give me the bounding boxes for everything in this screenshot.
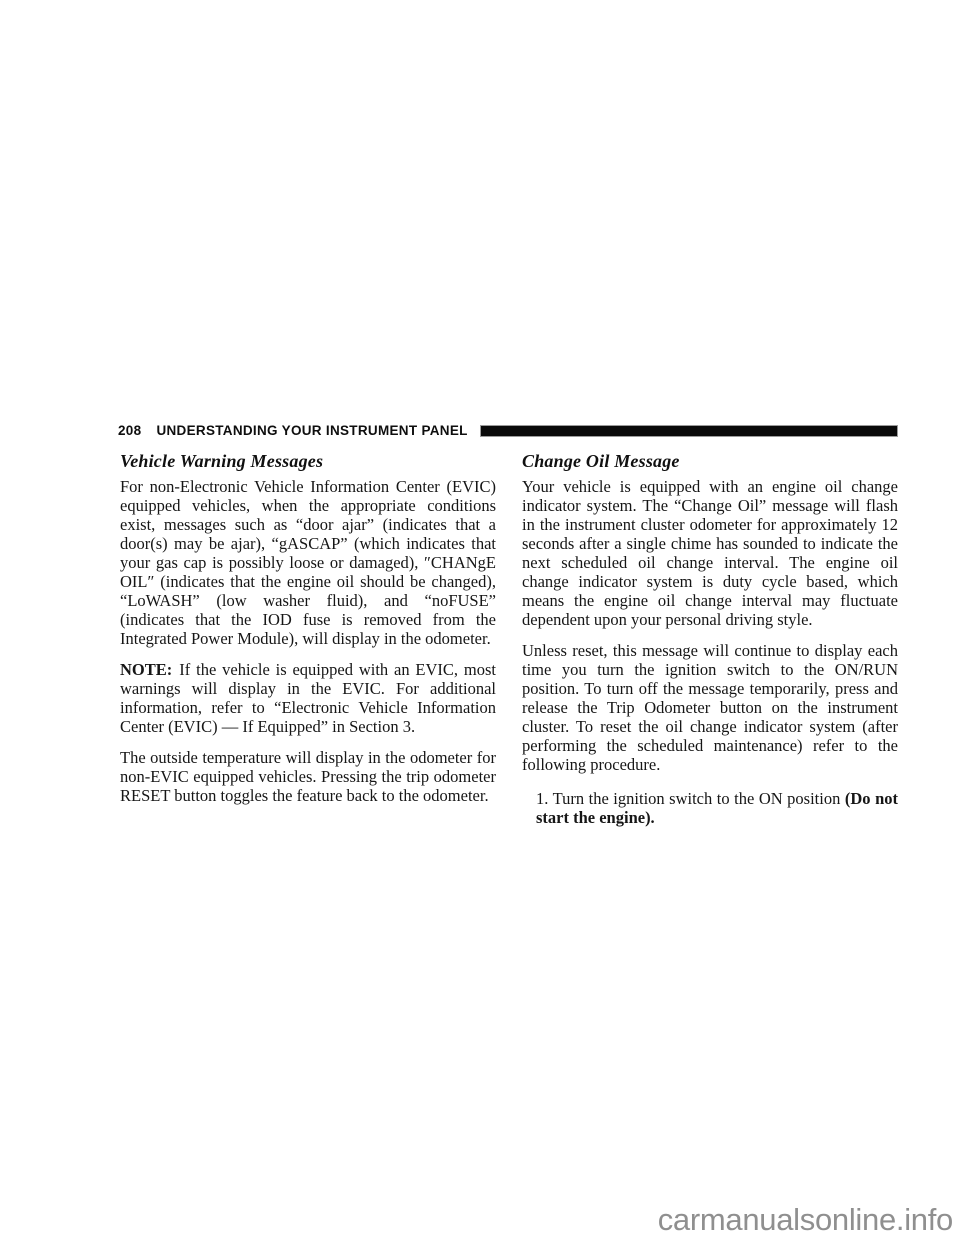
change-oil-paragraph-2: Unless reset, this message will continue…: [522, 641, 898, 774]
step-text: Turn the ignition switch to the ON posit…: [553, 789, 841, 808]
note-label: NOTE:: [120, 660, 172, 679]
section-title: UNDERSTANDING YOUR INSTRUMENT PANEL: [156, 423, 467, 438]
change-oil-paragraph-1: Your vehicle is equipped with an engine …: [522, 477, 898, 629]
right-column: Change Oil Message Your vehicle is equip…: [522, 451, 898, 839]
watermark: carmanualsonline.info: [658, 1202, 953, 1238]
note-paragraph: NOTE:If the vehicle is equipped with an …: [120, 660, 496, 736]
header-rule: [480, 425, 898, 437]
procedure-step-1: 1. Turn the ignition switch to the ON po…: [522, 789, 898, 827]
step-number: 1.: [536, 789, 548, 808]
vehicle-warning-paragraph: For non-Electronic Vehicle Information C…: [120, 477, 496, 648]
outside-temperature-paragraph: The outside temperature will display in …: [120, 748, 496, 805]
left-column-heading: Vehicle Warning Messages: [120, 451, 496, 472]
right-column-heading: Change Oil Message: [522, 451, 898, 472]
note-text: If the vehicle is equipped with an EVIC,…: [120, 660, 496, 736]
two-column-text: Vehicle Warning Messages For non-Electro…: [120, 451, 898, 839]
manual-page: 208 UNDERSTANDING YOUR INSTRUMENT PANEL …: [0, 0, 960, 1242]
left-column: Vehicle Warning Messages For non-Electro…: [120, 451, 496, 839]
page-number: 208: [118, 423, 141, 438]
page-header: 208 UNDERSTANDING YOUR INSTRUMENT PANEL: [118, 423, 898, 438]
